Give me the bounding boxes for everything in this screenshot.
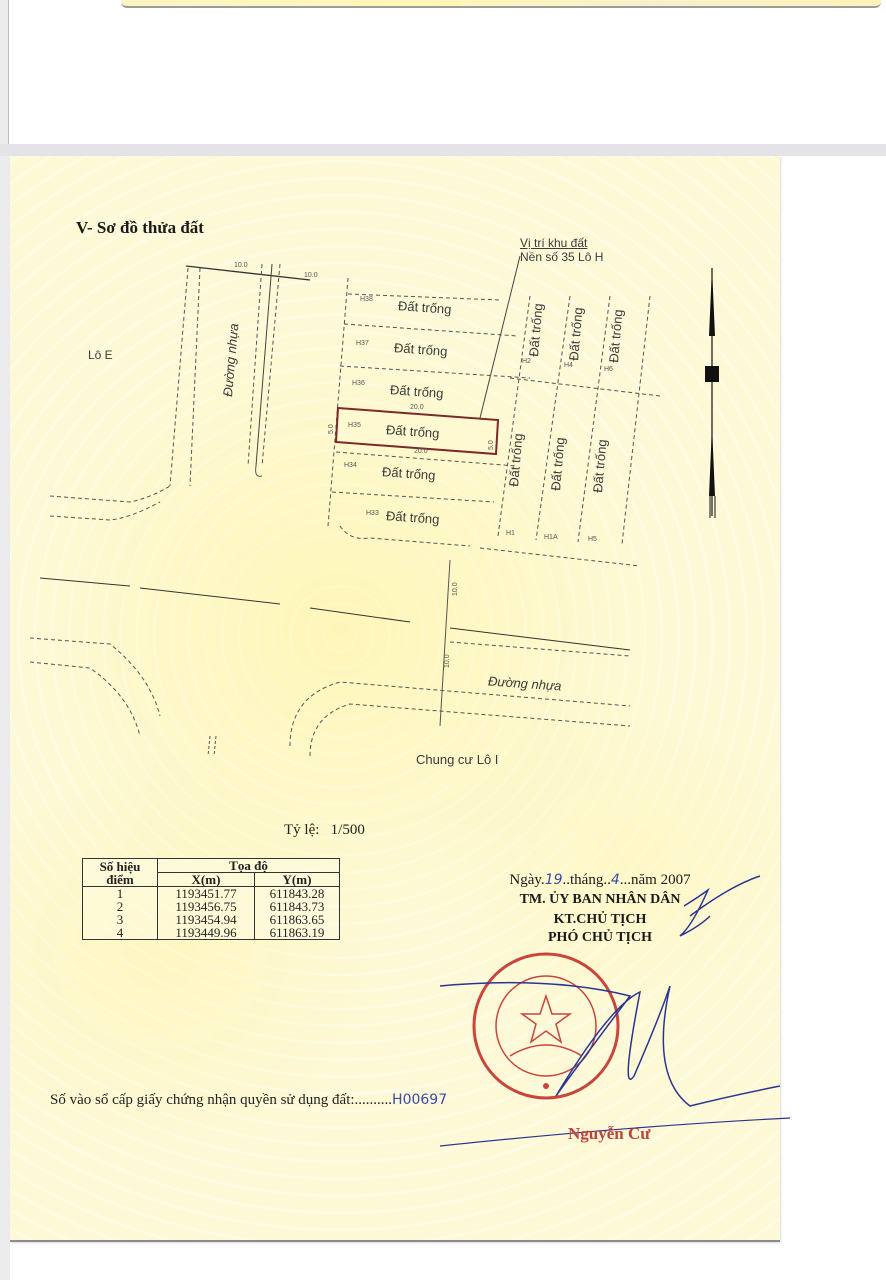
table-row: 4 1193449.96 611863.19 [83, 926, 340, 940]
dim-plot-top: 20.0 [410, 404, 424, 411]
scale-value: 1/500 [331, 822, 365, 838]
page-gap [0, 144, 886, 156]
header-point: Số hiệu điểm [83, 859, 158, 887]
registry-number: H00697 [392, 1092, 447, 1108]
previous-page [8, 0, 886, 144]
cell-y: 611863.19 [255, 926, 340, 940]
header-x: X(m) [158, 873, 255, 887]
registry-line: Số vào sổ cấp giấy chứng nhận quyền sử d… [50, 1092, 447, 1109]
cell-x: 1193449.96 [158, 926, 255, 940]
dim-plot-left: 5.0 [328, 424, 335, 434]
registry-dots: .......... [355, 1092, 393, 1108]
area-chung-cu-lo-i: Chung cư Lô I [416, 752, 498, 767]
cell-point: 4 [83, 926, 158, 940]
lot-h4-id: H4 [564, 362, 573, 369]
scale: Tỷ lệ: 1/500 [284, 822, 365, 839]
lot-h2-id: H2 [522, 358, 531, 365]
dim-road-top-left: 10.0 [234, 262, 248, 269]
lot-h33-id: H33 [366, 510, 379, 517]
cell-y: 611843.28 [255, 887, 340, 901]
dim-road-south-lower: 10.0 [444, 654, 451, 668]
header-coords: Tọa độ [158, 859, 340, 873]
dim-plot-right: 5.0 [488, 440, 495, 450]
cell-point: 1 [83, 887, 158, 901]
registry-label: Số vào sổ cấp giấy chứng nhận quyền sử d… [50, 1092, 355, 1108]
lot-h6-id: H6 [604, 366, 613, 373]
certificate-paper: V- Sơ đồ thửa đất [10, 156, 780, 1242]
lot-h34-id: H34 [344, 462, 357, 469]
north-arrow-icon [705, 268, 719, 518]
document-page: V- Sơ đồ thửa đất [10, 156, 886, 1280]
previous-page-bottom-edge [121, 0, 881, 8]
lot-h1-id: H1 [506, 530, 515, 537]
dim-road-south-upper: 10.0 [452, 582, 459, 596]
lot-h36-id: H36 [352, 380, 365, 387]
official-seal-icon [474, 954, 618, 1098]
cell-x: 1193451.77 [158, 887, 255, 901]
scale-label: Tỷ lệ: [284, 822, 319, 838]
signer-name: Nguyễn Cư [568, 1124, 650, 1144]
lot-h37-id: H37 [356, 340, 369, 347]
dim-road-top-right: 10.0 [304, 272, 318, 279]
coordinates-table: Số hiệu điểm Tọa độ X(m) Y(m) 1 1193451.… [82, 858, 340, 940]
lot-h5-id: H5 [588, 536, 597, 543]
seal-and-signature [430, 856, 790, 1156]
header-y: Y(m) [255, 873, 340, 887]
dim-plot-bottom: 20.0 [414, 448, 428, 455]
table-row: 1 1193451.77 611843.28 [83, 887, 340, 901]
lot-h1a-id: H1A [544, 534, 558, 541]
location-value: Nền số 35 Lô H [520, 250, 603, 264]
lot-h38-id: H38 [360, 296, 373, 303]
location-label: Vị trí khu đất [520, 236, 587, 250]
lot-h35-id: H35 [348, 422, 361, 429]
area-lo-e: Lô E [88, 348, 113, 362]
